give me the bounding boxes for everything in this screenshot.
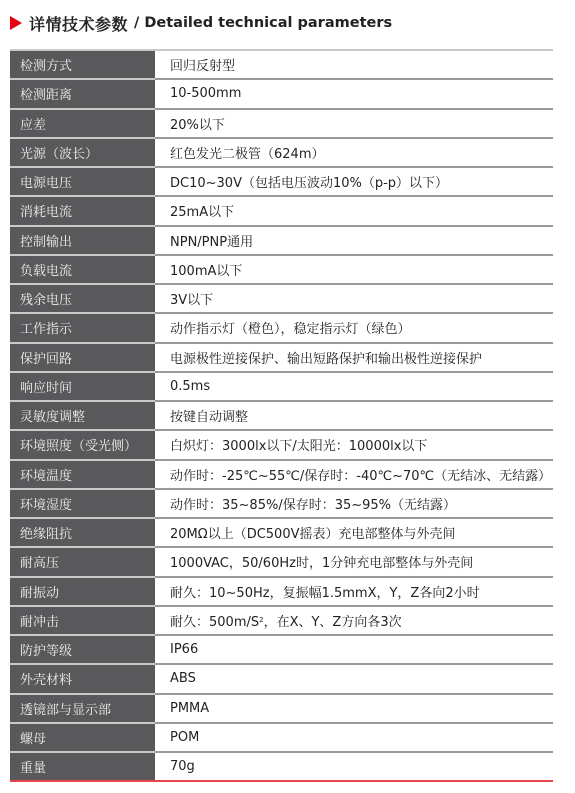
spec-row-nut: 螺母POM xyxy=(10,724,553,753)
spec-value: 动作时：35~85%/保存时：35~95%（无结露） xyxy=(155,490,553,517)
section-title-cn: 详情技术参数 xyxy=(29,12,128,35)
spec-row-housing-material: 外壳材料ABS xyxy=(10,665,553,694)
shock-value-post: ，在X、Y、Z方向各3次 xyxy=(264,611,402,630)
spec-label: 耐冲击 xyxy=(10,607,155,636)
spec-value: 电源极性逆接保护、输出短路保护和输出极性逆接保护 xyxy=(155,344,553,371)
spec-row-weight: 重量70g xyxy=(10,753,553,782)
spec-row-vibration: 耐振动耐久：10~50Hz，复振幅1.5mmX，Y，Z各向2小时 xyxy=(10,578,553,607)
spec-row-detection-distance: 检测距离10-500mm xyxy=(10,80,553,109)
spec-label: 控制输出 xyxy=(10,227,155,256)
spec-label: 耐高压 xyxy=(10,548,155,577)
spec-row-dielectric-strength: 耐高压1000VAC，50/60Hz时，1分钟充电部整体与外壳间 xyxy=(10,548,553,577)
spec-label: 电源电压 xyxy=(10,168,155,197)
spec-row-insulation-resistance: 绝缘阻抗20MΩ以上（DC500V摇表）充电部整体与外壳间 xyxy=(10,519,553,548)
spec-label: 消耗电流 xyxy=(10,197,155,226)
spec-value: 10-500mm xyxy=(155,80,553,107)
spec-label: 保护回路 xyxy=(10,344,155,373)
spec-value: 1000VAC，50/60Hz时，1分钟充电部整体与外壳间 xyxy=(155,548,553,575)
spec-row-lens-display: 透镜部与显示部PMMA xyxy=(10,695,553,724)
spec-row-ambient-illuminance: 环境照度（受光侧）白炽灯：3000lx以下/太阳光：10000lx以下 xyxy=(10,431,553,460)
spec-row-protection-rating: 防护等级IP66 xyxy=(10,636,553,665)
spec-value: 动作时：-25℃~55℃/保存时：-40℃~70℃（无结冰、无结露） xyxy=(155,461,553,488)
spec-value: POM xyxy=(155,724,553,751)
spec-label: 防护等级 xyxy=(10,636,155,665)
spec-label: 光源（波长） xyxy=(10,139,155,168)
spec-label: 环境湿度 xyxy=(10,490,155,519)
spec-row-hysteresis: 应差20%以下 xyxy=(10,110,553,139)
spec-value: 白炽灯：3000lx以下/太阳光：10000lx以下 xyxy=(155,431,553,458)
spec-row-load-current: 负载电流100mA以下 xyxy=(10,256,553,285)
spec-label: 环境温度 xyxy=(10,461,155,490)
spec-label: 工作指示 xyxy=(10,314,155,343)
spec-row-residual-voltage: 残余电压3V以下 xyxy=(10,285,553,314)
spec-label: 灵敏度调整 xyxy=(10,402,155,431)
spec-label: 耐振动 xyxy=(10,578,155,607)
spec-label: 检测距离 xyxy=(10,80,155,109)
spec-row-protection-circuit: 保护回路电源极性逆接保护、输出短路保护和输出极性逆接保护 xyxy=(10,344,553,373)
spec-row-shock: 耐冲击耐久：500m/S2，在X、Y、Z方向各3次 xyxy=(10,607,553,636)
spec-value: 回归反射型 xyxy=(155,51,553,78)
spec-value: 100mA以下 xyxy=(155,256,553,283)
spec-label: 螺母 xyxy=(10,724,155,753)
spec-row-response-time: 响应时间0.5ms xyxy=(10,373,553,402)
spec-label: 外壳材料 xyxy=(10,665,155,694)
spec-value: 25mA以下 xyxy=(155,197,553,224)
spec-value: 0.5ms xyxy=(155,373,553,400)
spec-label: 负载电流 xyxy=(10,256,155,285)
shock-value-pre: 耐久：500m/S xyxy=(170,611,259,630)
spec-row-supply-voltage: 电源电压DC10~30V（包括电压波动10%（p-p）以下） xyxy=(10,168,553,197)
spec-row-ambient-humidity: 环境湿度动作时：35~85%/保存时：35~95%（无结露） xyxy=(10,490,553,519)
spec-row-current-consumption: 消耗电流25mA以下 xyxy=(10,197,553,226)
spec-value: 20%以下 xyxy=(155,110,553,137)
spec-value: 70g xyxy=(155,753,553,780)
spec-label: 透镜部与显示部 xyxy=(10,695,155,724)
spec-value: DC10~30V（包括电压波动10%（p-p）以下） xyxy=(155,168,553,195)
spec-row-detection-method: 检测方式回归反射型 xyxy=(10,51,553,80)
spec-value: NPN/PNP通用 xyxy=(155,227,553,254)
spec-label: 响应时间 xyxy=(10,373,155,402)
section-header: 详情技术参数 / Detailed technical parameters xyxy=(10,10,392,36)
spec-label: 应差 xyxy=(10,110,155,139)
spec-value: 20MΩ以上（DC500V摇表）充电部整体与外壳间 xyxy=(155,519,553,546)
spec-row-indicator: 工作指示动作指示灯（橙色），稳定指示灯（绿色） xyxy=(10,314,553,343)
spec-label: 残余电压 xyxy=(10,285,155,314)
section-title-en: / Detailed technical parameters xyxy=(134,15,392,31)
spec-value: IP66 xyxy=(155,636,553,663)
spec-value: PMMA xyxy=(155,695,553,722)
spec-value: 按键自动调整 xyxy=(155,402,553,429)
spec-value: 3V以下 xyxy=(155,285,553,312)
spec-label: 绝缘阻抗 xyxy=(10,519,155,548)
triangle-right-icon xyxy=(10,16,22,30)
spec-value: 耐久：10~50Hz，复振幅1.5mmX，Y，Z各向2小时 xyxy=(155,578,553,605)
spec-label: 重量 xyxy=(10,753,155,782)
spec-label: 检测方式 xyxy=(10,51,155,80)
spec-value: 耐久：500m/S2，在X、Y、Z方向各3次 xyxy=(155,607,553,634)
spec-value: 动作指示灯（橙色），稳定指示灯（绿色） xyxy=(155,314,553,341)
spec-row-ambient-temperature: 环境温度动作时：-25℃~55℃/保存时：-40℃~70℃（无结冰、无结露） xyxy=(10,461,553,490)
spec-value: 红色发光二极管（624m） xyxy=(155,139,553,166)
spec-row-sensitivity: 灵敏度调整按键自动调整 xyxy=(10,402,553,431)
spec-label: 环境照度（受光侧） xyxy=(10,431,155,460)
spec-table: 检测方式回归反射型 检测距离10-500mm 应差20%以下 光源（波长）红色发… xyxy=(10,49,553,782)
spec-row-control-output: 控制输出NPN/PNP通用 xyxy=(10,227,553,256)
spec-value: ABS xyxy=(155,665,553,692)
spec-row-light-source: 光源（波长）红色发光二极管（624m） xyxy=(10,139,553,168)
